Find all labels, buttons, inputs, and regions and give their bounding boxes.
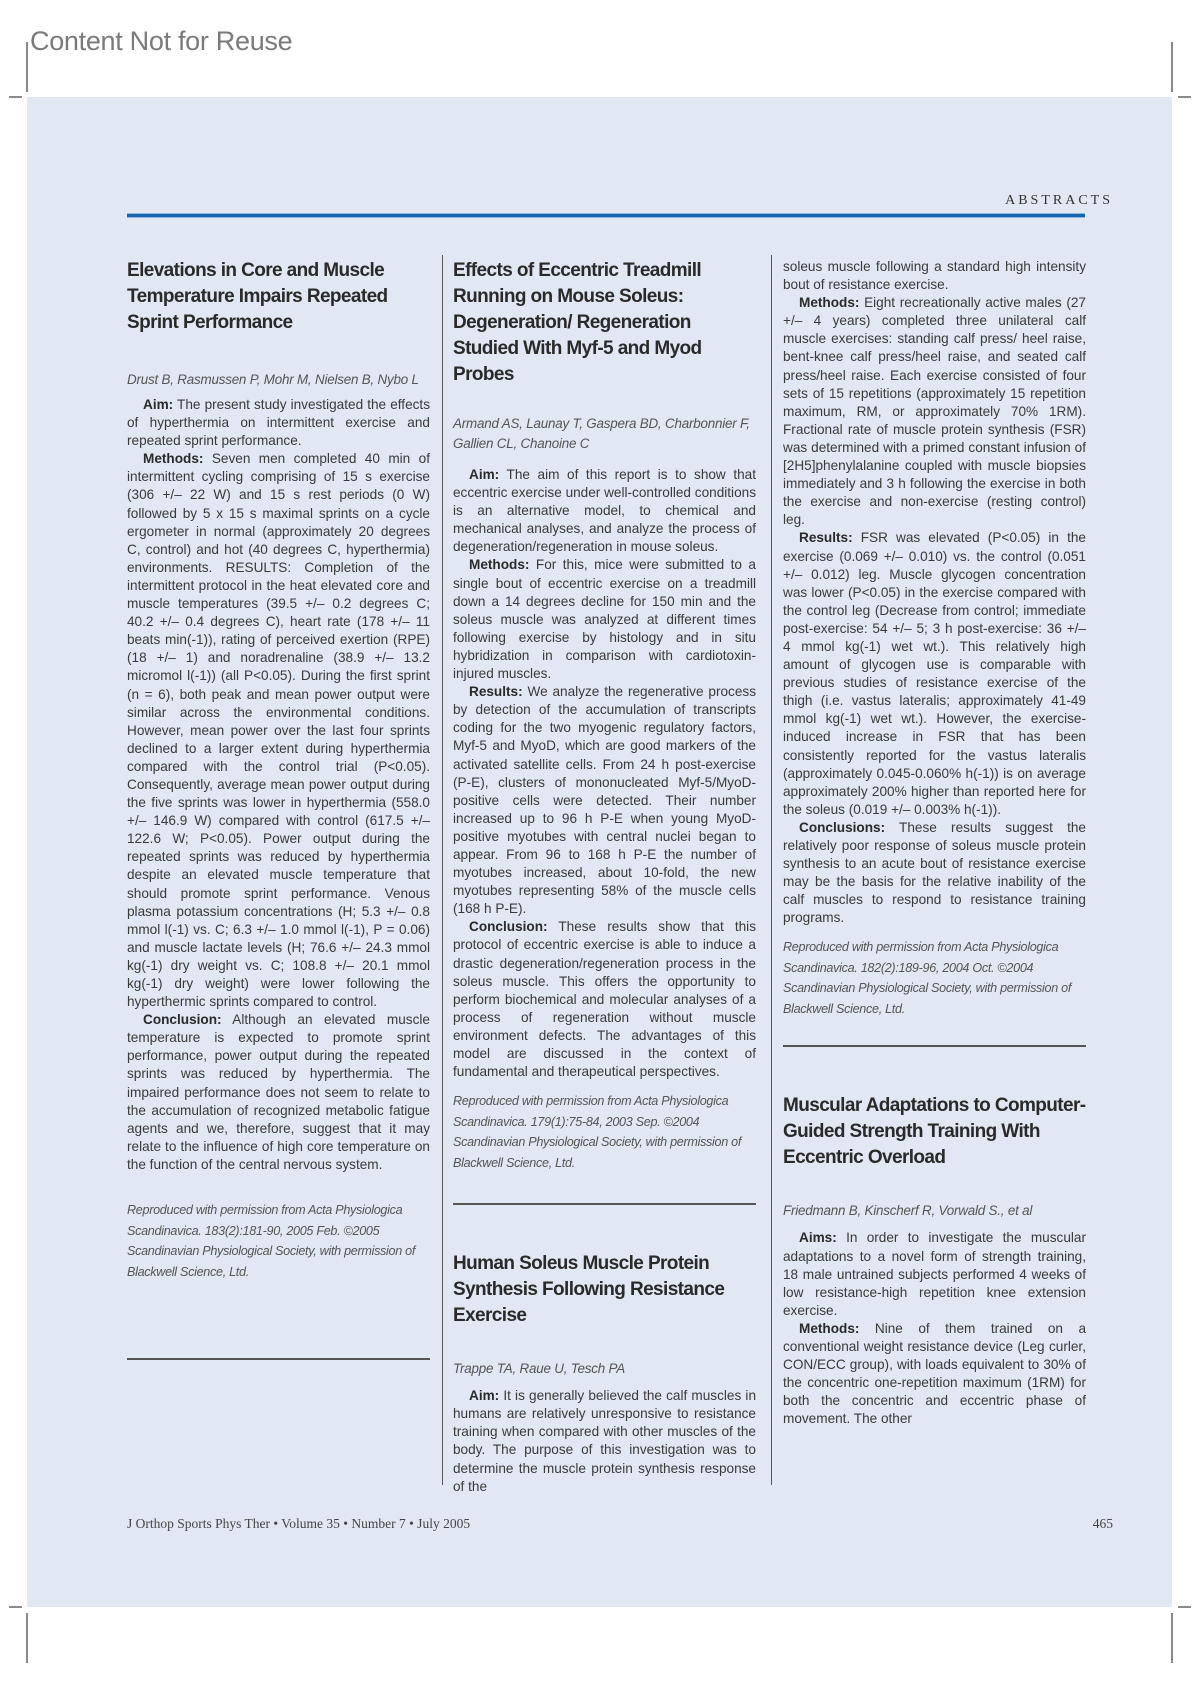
column-divider-1	[442, 255, 443, 1485]
abstract-aim: Aim: The present study investigated the …	[127, 396, 430, 450]
article-authors: Friedmann B, Kinscherf R, Vorwald S., et…	[783, 1201, 1086, 1221]
article-title: Muscular Adaptations to Computer-Guided …	[783, 1093, 1086, 1171]
abstract-conclusion: Conclusion: These results show that this…	[453, 918, 756, 1081]
section-label: ABSTRACTS	[1005, 193, 1113, 209]
column-2: Effects of Eccentric Treadmill Running o…	[453, 258, 756, 1496]
abstract-methods: Methods: Seven men completed 40 min of i…	[127, 450, 430, 1011]
crop-mark-top-right-vertical	[1171, 42, 1173, 92]
crop-mark-top-left-horizontal	[9, 96, 22, 98]
section-label-aim: Aim:	[143, 397, 173, 412]
crop-mark-bottom-right-horizontal	[1178, 1606, 1191, 1608]
section-label-conclusion: Conclusion:	[143, 1012, 222, 1027]
abstract-conclusions: Conclusions: These results suggest the r…	[783, 819, 1086, 928]
article-authors: Armand AS, Launay T, Gaspera BD, Charbon…	[453, 414, 756, 454]
page-number: 465	[1093, 1516, 1113, 1532]
abstract-methods: Methods: For this, mice were submitted t…	[453, 556, 756, 683]
reproduction-notice: Reproduced with permission from Acta Phy…	[127, 1200, 430, 1282]
article-title: Human Soleus Muscle Protein Synthesis Fo…	[453, 1251, 756, 1329]
column-1: Elevations in Core and Muscle Temperatur…	[127, 258, 430, 1360]
crop-mark-top-left-vertical	[26, 42, 28, 92]
abstract-continuation: soleus muscle following a standard high …	[783, 258, 1086, 294]
abstract-aim: Aim: It is generally believed the calf m…	[453, 1387, 756, 1496]
abstract-aim: Aim: The aim of this report is to show t…	[453, 466, 756, 556]
abstract-aims: Aims: In order to investigate the muscul…	[783, 1229, 1086, 1319]
reproduction-notice: Reproduced with permission from Acta Phy…	[783, 937, 1086, 1019]
article-separator	[127, 1358, 430, 1360]
footer-citation: J Orthop Sports Phys Ther • Volume 35 • …	[127, 1516, 470, 1532]
article-separator	[453, 1203, 756, 1205]
abstract-methods: Methods: Eight recreationally active mal…	[783, 294, 1086, 529]
watermark: Content Not for Reuse	[30, 26, 292, 57]
abstract-results: Results: We analyze the regenerative pro…	[453, 683, 756, 918]
header-rule	[127, 214, 1085, 217]
article-separator	[783, 1045, 1086, 1047]
reproduction-notice: Reproduced with permission from Acta Phy…	[453, 1091, 756, 1173]
article-authors: Trappe TA, Raue U, Tesch PA	[453, 1359, 756, 1379]
column-3: soleus muscle following a standard high …	[783, 258, 1086, 1429]
abstract-conclusion: Conclusion: Although an elevated muscle …	[127, 1011, 430, 1174]
abstract-methods: Methods: Nine of them trained on a conve…	[783, 1320, 1086, 1429]
column-divider-2	[771, 255, 772, 1485]
section-label-methods: Methods:	[143, 451, 203, 466]
article-authors: Drust B, Rasmussen P, Mohr M, Nielsen B,…	[127, 370, 430, 390]
article-title: Elevations in Core and Muscle Temperatur…	[127, 258, 430, 336]
crop-mark-bottom-left-vertical	[26, 1613, 28, 1663]
crop-mark-bottom-left-horizontal	[9, 1606, 22, 1608]
crop-mark-top-right-horizontal	[1178, 96, 1191, 98]
article-title: Effects of Eccentric Treadmill Running o…	[453, 258, 756, 388]
abstract-results: Results: FSR was elevated (P<0.05) in th…	[783, 529, 1086, 819]
crop-mark-bottom-right-vertical	[1171, 1613, 1173, 1663]
